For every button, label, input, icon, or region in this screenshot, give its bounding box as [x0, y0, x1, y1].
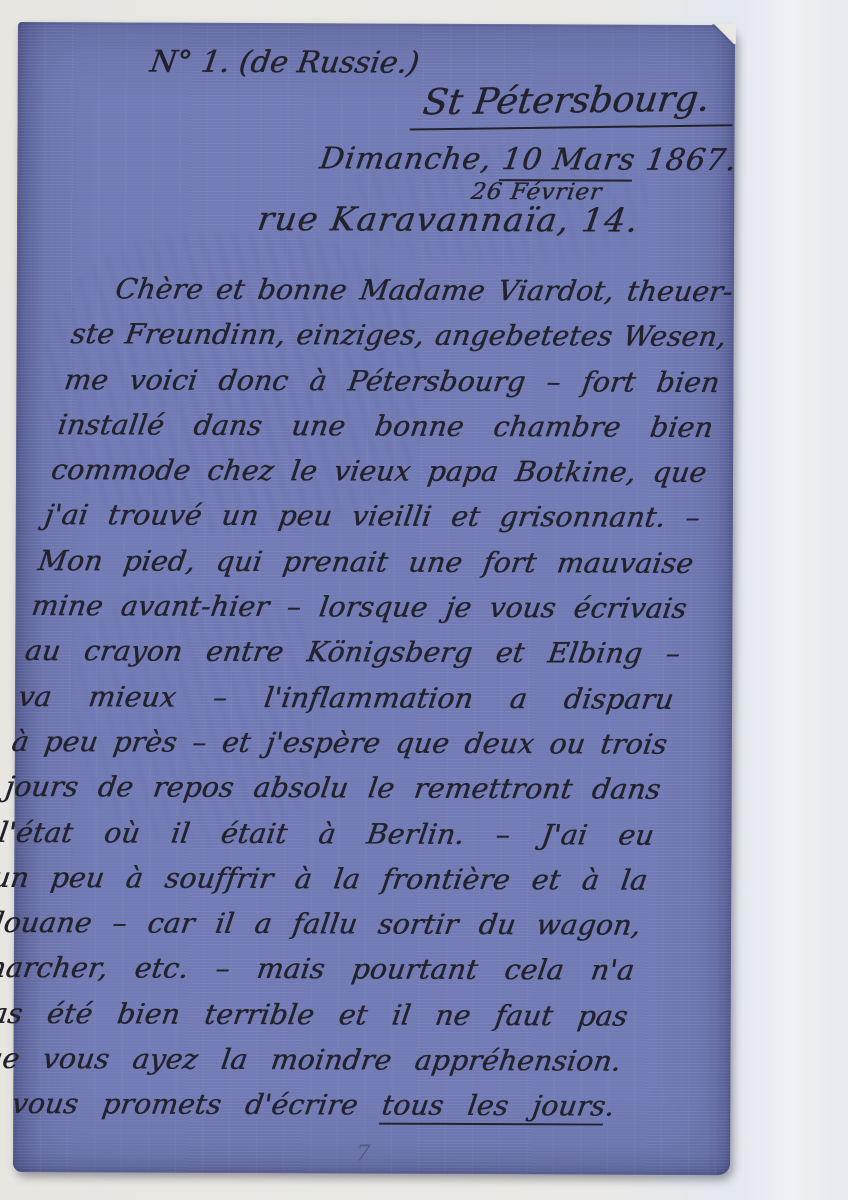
- letter-body: Chère et bonne Madame Viardot, theuer- s…: [0, 266, 736, 1129]
- scanned-letter-page: N° 1. (de Russie.) St Pétersbourg. Diman…: [0, 0, 848, 1200]
- address-line: rue Karavannaïa, 14.: [255, 199, 642, 240]
- letter-line: un peu à souffrir à la frontière et à la: [0, 855, 651, 903]
- date-year: 1867.: [633, 143, 739, 178]
- date-new-style: 10 Mars: [499, 142, 638, 182]
- letter-line: j'ai trouvé un peu vieilli et grisonnant…: [42, 493, 704, 541]
- place-line: St Pétersbourg.: [410, 80, 738, 129]
- letter-line: à peu près – et j'espère que deux ou tro…: [9, 719, 671, 767]
- closing-underlined-text: tous les jours: [379, 1089, 608, 1126]
- letter-line: Mon pied, qui prenait une fort mauvaise: [35, 538, 697, 586]
- closing-text: Je vous promets d'écrire: [0, 1087, 384, 1122]
- letter-paper: N° 1. (de Russie.) St Pétersbourg. Diman…: [13, 22, 735, 1175]
- place-text: St Pétersbourg.: [410, 78, 738, 130]
- letter-line: Chère et bonne Madame Viardot, theuer-: [74, 266, 736, 314]
- date-line: Dimanche, 10 Mars 1867.: [317, 141, 739, 178]
- letter-line: marcher, etc. – mais pourtant cela n'a: [0, 945, 637, 993]
- letter-line: installé dans une bonne chambre bien: [55, 402, 717, 450]
- date-day: Dimanche,: [317, 141, 504, 177]
- letter-number-annotation: N° 1. (de Russie.): [148, 45, 422, 81]
- letter-line: douane – car il a fallu sortir du wagon,: [0, 900, 644, 948]
- letter-line: pas été bien terrible et il ne faut pas: [0, 991, 631, 1039]
- letter-line: ste Freundinn, einziges, angebetetes Wes…: [68, 312, 730, 360]
- letter-closing-line: Je vous promets d'écrire tous les jours.: [0, 1081, 618, 1129]
- pencil-page-number: 7: [355, 1141, 371, 1166]
- letter-line: va mieux – l'inflammation a disparu: [15, 674, 677, 722]
- letter-line: jours de repos absolu le remettront dans: [2, 764, 664, 812]
- letter-line: commode chez le vieux papa Botkine, que: [48, 447, 710, 495]
- letter-line: au crayon entre Königsberg et Elbing –: [22, 628, 684, 676]
- letter-line: l'état où il était à Berlin. – J'ai eu: [0, 810, 657, 858]
- corner-fold: [712, 24, 736, 44]
- letter-line: me voici donc à Pétersbourg – fort bien: [61, 357, 723, 405]
- letter-line: mine avant-hier – lorsque je vous écriva…: [28, 583, 690, 631]
- letter-line: que vous ayez la moindre appréhension.: [0, 1036, 624, 1084]
